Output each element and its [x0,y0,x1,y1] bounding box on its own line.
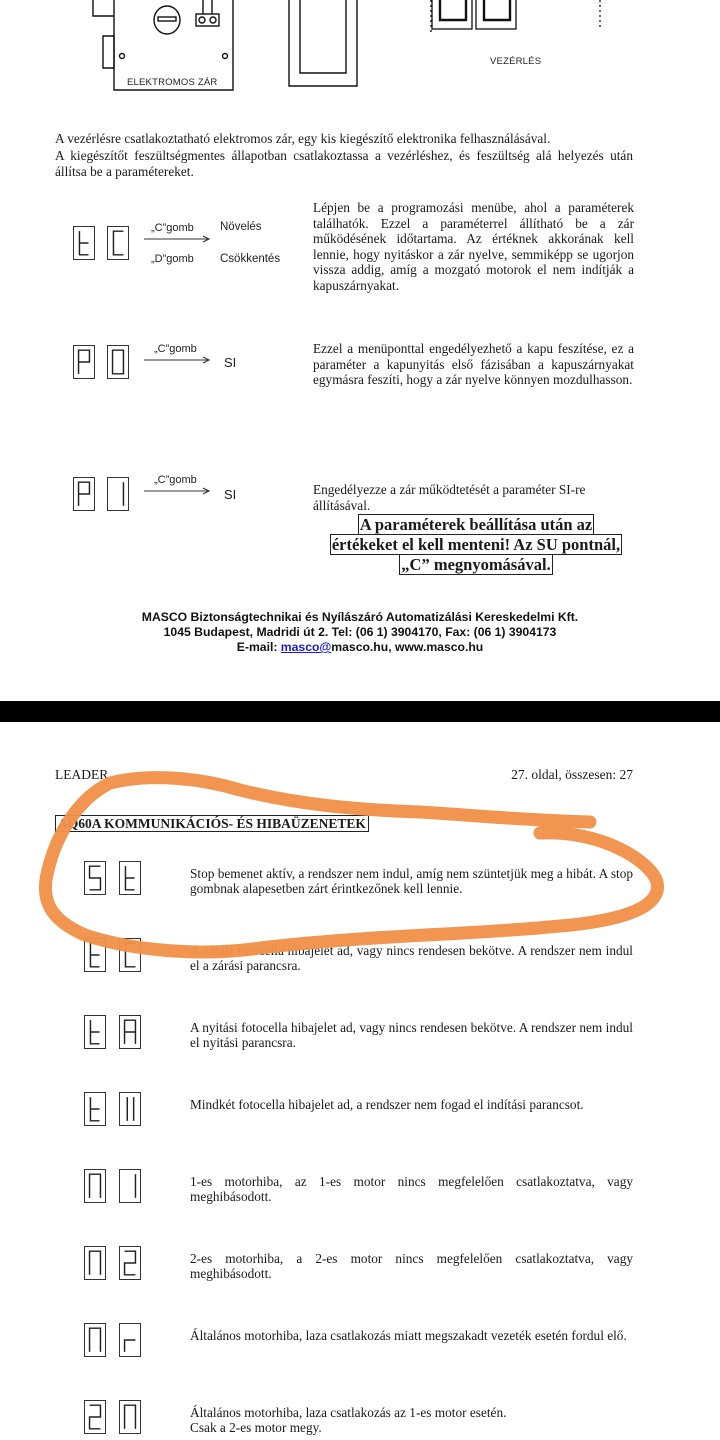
error-description-line: Csak a 2-es motor megy. [190,1420,633,1435]
decrease-label: Csökkentés [220,253,280,265]
param-P0-description: Ezzel a menüponttal engedélyezhető a kap… [313,341,634,388]
error-description: Általános motorhiba, laza csatlakozás az… [190,1405,633,1435]
segment-digit-M [84,1323,106,1357]
arrow-right-icon [143,356,211,364]
segment-digit-t [73,226,95,260]
segment-digit-t [84,1015,106,1049]
segment-digit-M [119,1400,141,1434]
segment-digit-S [84,861,106,895]
error-description: 2-es motorhiba, a 2-es motor nincs megfe… [190,1251,633,1281]
company-contact: E-mail: masco@masco.hu, www.masco.hu [40,640,680,655]
email-rest: masco.hu, www.masco.hu [331,640,483,654]
key-c-label: „C”gomb [151,222,194,234]
email-link[interactable]: masco@ [281,640,332,654]
segment-digit-t [84,1092,106,1126]
segment-digit-r [119,1323,141,1357]
intro-line-1: A vezérlésre csatlakoztatható elektromos… [55,131,633,147]
key-c-label: „C”gomb [154,474,197,486]
segment-digit-0 [107,345,129,379]
wiring-diagram [0,0,720,100]
controller-drawing [431,0,600,33]
section-title: AQ60A KOMMUNIKÁCIÓS- ÉS HIBAÜZENETEK [55,815,369,832]
save-note-line-1: A paraméterek beállítása után az [358,514,595,535]
error-description: Stop bemenet aktív, a rendszer nem indul… [190,866,633,896]
arrow-right-icon [143,235,211,243]
company-address: 1045 Budapest, Madridi út 2. Tel: (06 1)… [40,625,680,640]
segment-digit-1 [119,1169,141,1203]
error-description: A nyitási fotocella hibajelet ad, vagy n… [190,1020,633,1050]
segment-digit-P [73,345,95,379]
arrow-right-icon [143,487,211,495]
value-si: SI [224,487,236,502]
error-description: 1-es motorhiba, az 1-es motor nincs megf… [190,1174,633,1204]
key-d-label: „D”gomb [151,253,194,265]
page-separator [0,701,720,722]
electric-lock-label: ELEKTROMOS ZÁR [127,77,217,88]
company-footer: MASCO Biztonságtechnikai és Nyílászáró A… [40,610,680,655]
param-tC-description: Lépjen be a programozási menübe, ahol a … [313,200,634,294]
save-note-line-3: „C” megnyomásával. [399,554,552,575]
save-note-line-2: értékeket el kell menteni! Az SU pontnál… [330,534,622,555]
intro-line-2: A kiegészítőt feszültségmentes állapotba… [55,148,633,179]
segment-digit-P [73,477,95,511]
segment-digit-M [84,1169,106,1203]
segment-digit-II [119,1092,141,1126]
value-si: SI [224,355,236,370]
company-name: MASCO Biztonságtechnikai és Nyílászáró A… [40,610,680,625]
param-P1-description: Engedélyezze a zár működtetését a paramé… [313,482,634,513]
segment-digit-t [84,938,106,972]
header-left: LEADER [55,767,108,783]
error-description: A zárási fotocella hibajelet ad, vagy ni… [190,943,633,973]
segment-digit-1 [107,477,129,511]
save-note: A paraméterek beállítása után az értékek… [300,515,652,575]
segment-digit-2 [84,1400,106,1434]
email-prefix: E-mail: [237,640,281,654]
segment-digit-M [84,1246,106,1280]
section-title-wrap: AQ60A KOMMUNIKÁCIÓS- ÉS HIBAÜZENETEK [55,815,369,833]
lock-keeper-drawing [289,0,357,86]
segment-digit-2 [119,1246,141,1280]
page-number: 27. oldal, összesen: 27 [511,767,633,783]
controller-label: VEZÉRLÉS [490,56,541,67]
increase-label: Növelés [220,221,262,233]
error-description: Általános motorhiba, laza csatlakozás mi… [190,1328,633,1343]
segment-digit-A [119,1015,141,1049]
error-description-line: Általános motorhiba, laza csatlakozás az… [190,1405,633,1420]
segment-digit-t [119,861,141,895]
error-description: Mindkét fotocella hibajelet ad, a rendsz… [190,1097,633,1112]
key-c-label: „C”gomb [154,343,197,355]
segment-digit-C [107,226,129,260]
segment-digit-C [119,938,141,972]
